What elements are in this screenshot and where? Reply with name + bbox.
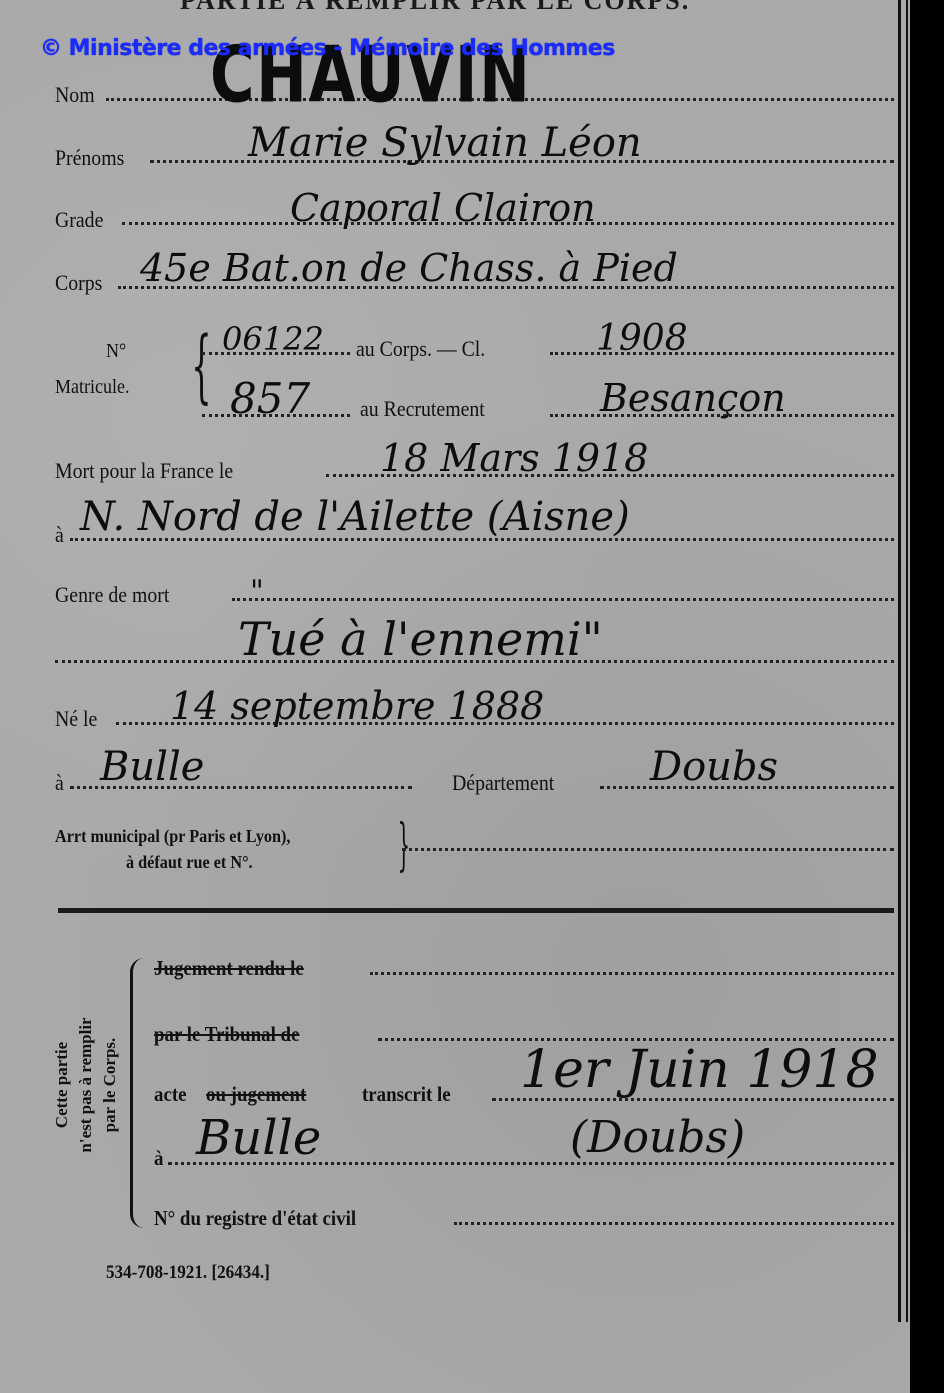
acte-lieu-label: à	[154, 1146, 163, 1171]
side-note-line1: Cette partie	[50, 970, 74, 1200]
acte-lieu-dept-value: (Doubs)	[570, 1112, 745, 1163]
mort-lieu-label: à	[55, 522, 64, 548]
mort-date-label: Mort pour la France le	[55, 458, 233, 484]
form-header-title: PARTIE À REMPLIR PAR LE CORPS.	[180, 0, 780, 16]
arrondissement-label-line1: Arrt municipal (pr Paris et Lyon),	[55, 826, 290, 847]
prenoms-value: Marie Sylvain Léon	[248, 120, 642, 166]
grade-label: Grade	[55, 207, 103, 233]
arrondissement-brace: }	[398, 818, 410, 874]
page-border-line-2	[906, 0, 908, 1322]
ne-le-label: Né le	[55, 706, 97, 732]
jugement-dotted-line	[370, 972, 894, 975]
lower-section-brace	[130, 958, 145, 1228]
acte-label-a: acte	[154, 1082, 187, 1107]
arrondissement-dotted-line	[402, 848, 894, 851]
corps-value: 45e Bat.on de Chass. à Pied	[140, 246, 678, 290]
recrutement-place-value: Besançon	[600, 376, 786, 420]
scan-black-margin	[910, 0, 944, 1393]
side-note: Cette partie n'est pas à remplir par le …	[50, 970, 122, 1200]
genre-mort-dotted-line	[232, 598, 894, 601]
mort-date-value: 18 Mars 1918	[380, 436, 648, 480]
nom-label: Nom	[55, 82, 95, 108]
ne-le-value: 14 septembre 1888	[170, 684, 544, 728]
registre-dotted-line	[454, 1222, 894, 1225]
mort-lieu-value: N. Nord de l'Ailette (Aisne)	[80, 494, 630, 540]
matricule-label-no: N°	[106, 340, 126, 363]
print-reference: 534-708-1921. [26434.]	[106, 1262, 270, 1284]
genre-mort-label: Genre de mort	[55, 582, 169, 608]
ne-lieu-label: à	[55, 770, 64, 796]
recrutement-label: au Recrutement	[360, 396, 485, 422]
matricule-recrutement-value: 857	[230, 374, 310, 423]
genre-mort-value: Tué à l'ennemi"	[238, 612, 603, 666]
ne-lieu-value: Bulle	[100, 744, 204, 790]
prenoms-label: Prénoms	[55, 145, 124, 171]
side-note-line3: par le Corps.	[98, 970, 122, 1200]
acte-label-struck: ou jugement	[206, 1082, 306, 1107]
registre-label: N° du registre d'état civil	[154, 1206, 356, 1231]
classe-value: 1908	[596, 318, 688, 359]
corps-label: Corps	[55, 270, 102, 296]
departement-label: Département	[452, 770, 554, 796]
matricule-brace: {	[191, 326, 211, 406]
acte-lieu-value: Bulle	[196, 1110, 321, 1166]
document-page: PARTIE À REMPLIR PAR LE CORPS. © Ministè…	[0, 0, 912, 1393]
matricule-corps-value: 06122	[222, 320, 324, 358]
arrondissement-label-line2: à défaut rue et N°.	[126, 852, 253, 873]
matricule-corps-label: au Corps. — Cl.	[356, 336, 485, 362]
acte-value: 1er Juin 1918	[520, 1040, 879, 1100]
page-border-line	[898, 0, 901, 1322]
side-note-line2: n'est pas à remplir	[74, 970, 98, 1200]
grade-value: Caporal Clairon	[290, 186, 596, 230]
genre-mort-ditto: "	[250, 574, 264, 609]
departement-value: Doubs	[650, 744, 778, 790]
section-divider	[58, 908, 894, 913]
copyright-watermark: © Ministère des armées - Mémoire des Hom…	[40, 36, 615, 61]
tribunal-label: par le Tribunal de	[154, 1022, 299, 1047]
jugement-label: Jugement rendu le	[154, 956, 304, 981]
matricule-label: Matricule.	[55, 376, 129, 399]
acte-label-b: transcrit le	[362, 1082, 451, 1107]
